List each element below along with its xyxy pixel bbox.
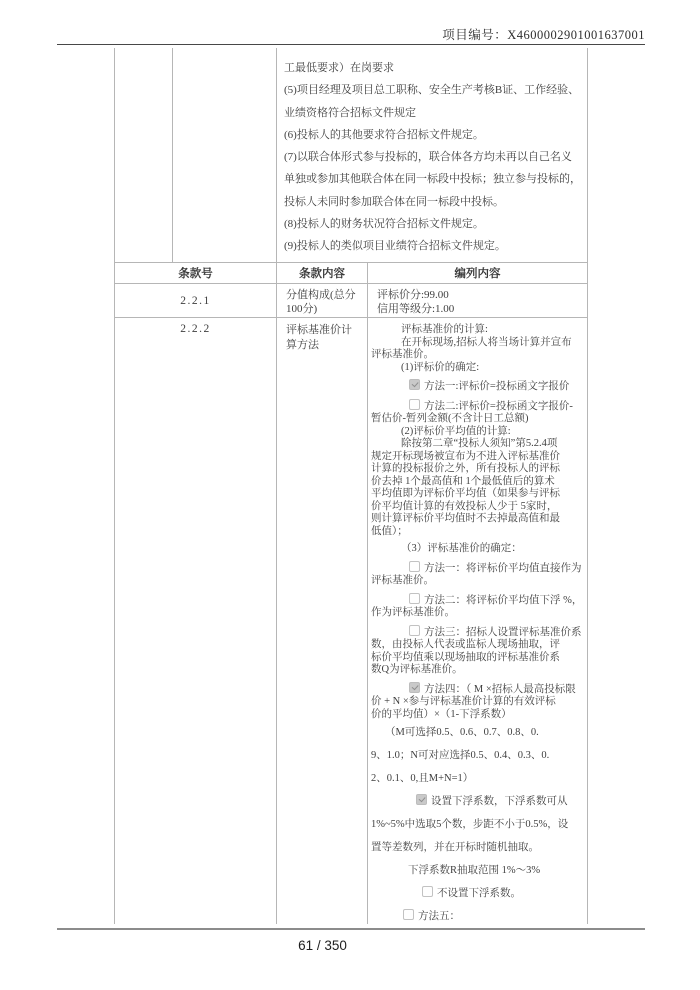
content-line: 方法三：招标人设置评标基准价系 bbox=[371, 625, 582, 640]
content-line: 价的平均值）×（1-下浮系数） bbox=[371, 709, 582, 722]
checkbox-unchecked-icon bbox=[409, 593, 420, 604]
listed-content-222: 评标基准价的计算:在开标现场,招标人将当场计算并宣布评标基准价。(1)评标价的确… bbox=[368, 318, 588, 924]
document-page: 项目编号：X4600002901001637001 工最低要求）在岗要求(5)项… bbox=[0, 0, 700, 990]
content-line: 方法二:评标价=投标函文字报价- bbox=[371, 399, 582, 414]
continuation-line: 单独或参加其他联合体在同一标段中投标；独立参与投标的， bbox=[284, 168, 583, 190]
line-text: 9、1.0；N可对应选择0.5、0.4、0.3、0. bbox=[371, 750, 549, 761]
content-line: 除按第二章“投标人须知”第5.2.4项 bbox=[371, 438, 582, 451]
line-text: 2、0.1、0,且M+N=1） bbox=[371, 773, 473, 784]
content-line: 暂估价-暂列金额(不含计日工总额) bbox=[371, 413, 582, 426]
line-text: 规定开标现场被宣布为不进入评标基准价 bbox=[371, 451, 560, 462]
content-line: 价去掉 1个最高值和 1个最低值后的算术 bbox=[371, 476, 582, 489]
checkbox-checked-icon bbox=[416, 794, 427, 805]
checkbox-unchecked-icon bbox=[409, 561, 420, 572]
clause-row-221: 2.2.1 分值构成(总分 100分) 评标价分:99.00 信用等级分:1.0… bbox=[114, 284, 588, 318]
continuation-line: 业绩资格符合招标文件规定 bbox=[284, 102, 583, 124]
checkbox-unchecked-icon bbox=[422, 886, 433, 897]
continuation-line: (6)投标人的其他要求符合招标文件规定。 bbox=[284, 124, 583, 146]
line-text: 计算的投标报价之外，所有投标人的评标 bbox=[371, 463, 560, 474]
continuation-line: (5)项目经理及项目总工职称、安全生产考核B证、工作经验、 bbox=[284, 79, 583, 101]
line-text: 价 + N ×参与评标基准价计算的有效评标 bbox=[371, 696, 556, 707]
line-text: 作为评标基准价。 bbox=[371, 607, 455, 618]
content-line: 9、1.0；N可对应选择0.5、0.4、0.3、0. bbox=[371, 744, 582, 767]
project-number: X4600002901001637001 bbox=[507, 28, 645, 42]
document-table: 工最低要求）在岗要求(5)项目经理及项目总工职称、安全生产考核B证、工作经验、业… bbox=[114, 48, 588, 924]
line-text: (1)评标价的确定: bbox=[401, 362, 479, 373]
line-text: 评标基准价。 bbox=[371, 349, 434, 360]
line-text: 数，由投标人代表或监标人现场抽取，评 bbox=[371, 639, 560, 650]
line-text: 方法四：（ M ×招标人最高投标限 bbox=[424, 684, 576, 695]
line-text: 价的平均值）×（1-下浮系数） bbox=[371, 709, 512, 720]
checkbox-unchecked-icon bbox=[409, 399, 420, 410]
line-text: 方法五： bbox=[418, 911, 460, 922]
checkbox-checked-icon bbox=[409, 379, 420, 390]
content-line: 计算的投标报价之外，所有投标人的评标 bbox=[371, 463, 582, 476]
table-header-row: 条款号 条款内容 编列内容 bbox=[114, 262, 588, 284]
content-line: 不设置下浮系数。 bbox=[371, 882, 582, 905]
content-line: 评标基准价的计算: bbox=[371, 324, 582, 337]
column-header-clause-content: 条款内容 bbox=[277, 263, 368, 283]
content-line: 评标基准价。 bbox=[371, 575, 582, 588]
continuation-row: 工最低要求）在岗要求(5)项目经理及项目总工职称、安全生产考核B证、工作经验、业… bbox=[114, 48, 588, 262]
line-text: 方法二:评标价=投标函文字报价- bbox=[424, 401, 573, 412]
continuation-cell-empty-1 bbox=[115, 48, 173, 262]
content-line: 2、0.1、0,且M+N=1） bbox=[371, 767, 582, 790]
content-line: 价平均值计算的有效投标人少于 5家时， bbox=[371, 501, 582, 514]
content-line: 方法一:评标价=投标函文字报价 bbox=[371, 379, 582, 394]
checkbox-checked-icon bbox=[409, 682, 420, 693]
footer-rule bbox=[57, 928, 645, 930]
line-text: 暂估价-暂列金额(不含计日工总额) bbox=[371, 413, 529, 424]
listed-content-221: 评标价分:99.00 信用等级分:1.00 bbox=[368, 284, 588, 317]
content-line: 方法二：将评标价平均值下浮 %， bbox=[371, 593, 582, 608]
line-text: 标价平均值乘以现场抽取的评标基准价系 bbox=[371, 652, 560, 663]
clause-content-line: 评标基准价计 bbox=[286, 323, 363, 338]
page-header: 项目编号：X4600002901001637001 bbox=[0, 25, 645, 43]
content-line: 下浮系数R抽取范围 1%～3% bbox=[371, 859, 582, 882]
line-text: 评标基准价的计算: bbox=[401, 324, 488, 335]
line-text: 数Q为评标基准价。 bbox=[371, 664, 463, 675]
continuation-text-cell: 工最低要求）在岗要求(5)项目经理及项目总工职称、安全生产考核B证、工作经验、业… bbox=[277, 48, 588, 262]
column-header-listed-content: 编列内容 bbox=[368, 263, 588, 283]
content-line: 标价平均值乘以现场抽取的评标基准价系 bbox=[371, 652, 582, 665]
line-text: （3）评标基准价的确定： bbox=[401, 543, 522, 554]
content-line: 规定开标现场被宣布为不进入评标基准价 bbox=[371, 451, 582, 464]
column-header-clause-no: 条款号 bbox=[115, 263, 277, 283]
content-line: 设置下浮系数，下浮系数可从 bbox=[371, 790, 582, 813]
content-line: 作为评标基准价。 bbox=[371, 607, 582, 620]
line-text: (2)评标价平均值的计算: bbox=[401, 426, 511, 437]
line-text: 价平均值计算的有效投标人少于 5家时， bbox=[371, 501, 557, 512]
score-line: 评标价分:99.00 bbox=[377, 288, 583, 302]
content-line: 在开标现场,招标人将当场计算并宣布 bbox=[371, 337, 582, 350]
clause-content-line: 100分) bbox=[286, 302, 363, 316]
clause-content-line: 算方法 bbox=[286, 338, 363, 353]
line-text: 除按第二章“投标人须知”第5.2.4项 bbox=[401, 438, 557, 449]
score-line: 信用等级分:1.00 bbox=[377, 302, 583, 316]
content-line: (1)评标价的确定: bbox=[371, 362, 582, 375]
continuation-line: (7)以联合体形式参与投标的，联合体各方均未再以自己名义 bbox=[284, 146, 583, 168]
line-text: （M可选择0.5、0.6、0.7、0.8、0. bbox=[385, 727, 539, 738]
content-line: 评标基准价。 bbox=[371, 349, 582, 362]
clause-content-222: 评标基准价计 算方法 bbox=[277, 318, 368, 924]
line-text: 不设置下浮系数。 bbox=[437, 888, 521, 899]
line-text: 置等差数列，并在开标时随机抽取。 bbox=[371, 842, 539, 853]
content-line: （M可选择0.5、0.6、0.7、0.8、0. bbox=[371, 721, 582, 744]
content-line: 数Q为评标基准价。 bbox=[371, 664, 582, 677]
clause-content-line: 分值构成(总分 bbox=[286, 288, 363, 302]
continuation-line: 工最低要求）在岗要求 bbox=[284, 57, 583, 79]
clause-no-221: 2.2.1 bbox=[115, 284, 277, 317]
header-rule bbox=[57, 44, 645, 45]
line-text: 方法一:评标价=投标函文字报价 bbox=[424, 381, 569, 392]
content-line: 价 + N ×参与评标基准价计算的有效评标 bbox=[371, 696, 582, 709]
content-line: 方法四：（ M ×招标人最高投标限 bbox=[371, 682, 582, 697]
content-line: （3）评标基准价的确定： bbox=[371, 543, 582, 556]
line-text: 方法一：将评标价平均值直接作为 bbox=[424, 563, 582, 574]
content-line: 平均值即为评标价平均值（如果参与评标 bbox=[371, 488, 582, 501]
content-line: 数，由投标人代表或监标人现场抽取，评 bbox=[371, 639, 582, 652]
line-text: 则计算评标价平均值时不去掉最高值和最 bbox=[371, 513, 560, 524]
content-line: 1%~5%中选取5个数，步距不小于0.5%，设 bbox=[371, 813, 582, 836]
clause-content-221: 分值构成(总分 100分) bbox=[277, 284, 368, 317]
content-line: (2)评标价平均值的计算: bbox=[371, 426, 582, 439]
content-line: 方法一：将评标价平均值直接作为 bbox=[371, 561, 582, 576]
page-number: 61 / 350 bbox=[0, 938, 645, 953]
continuation-line: (8)投标人的财务状况符合招标文件规定。 bbox=[284, 213, 583, 235]
line-text: 评标基准价。 bbox=[371, 575, 434, 586]
checkbox-unchecked-icon bbox=[409, 625, 420, 636]
checkbox-unchecked-icon bbox=[403, 909, 414, 920]
clause-no-222: 2.2.2 bbox=[115, 318, 277, 924]
continuation-cell-empty-2 bbox=[173, 48, 277, 262]
line-text: 设置下浮系数，下浮系数可从 bbox=[431, 796, 568, 807]
line-text: 方法二：将评标价平均值下浮 %， bbox=[424, 595, 582, 606]
continuation-line: 投标人未同时参加联合体在同一标段中投标。 bbox=[284, 191, 583, 213]
content-line: 则计算评标价平均值时不去掉最高值和最 bbox=[371, 513, 582, 526]
line-text: 方法三：招标人设置评标基准价系 bbox=[424, 627, 582, 638]
continuation-line: (9)投标人的类似项目业绩符合招标文件规定。 bbox=[284, 235, 583, 257]
line-text: 1%~5%中选取5个数，步距不小于0.5%，设 bbox=[371, 819, 568, 830]
project-number-label: 项目编号： bbox=[442, 28, 507, 42]
line-text: 下浮系数R抽取范围 1%～3% bbox=[408, 865, 540, 876]
content-line: 置等差数列，并在开标时随机抽取。 bbox=[371, 836, 582, 859]
line-text: 低值）； bbox=[371, 526, 408, 537]
content-line: 方法五： bbox=[371, 905, 582, 924]
content-line: 低值）； bbox=[371, 526, 582, 539]
line-text: 在开标现场,招标人将当场计算并宣布 bbox=[401, 337, 572, 348]
line-text: 平均值即为评标价平均值（如果参与评标 bbox=[371, 488, 560, 499]
line-text: 价去掉 1个最高值和 1个最低值后的算术 bbox=[371, 476, 555, 487]
clause-row-222: 2.2.2 评标基准价计 算方法 评标基准价的计算:在开标现场,招标人将当场计算… bbox=[114, 318, 588, 924]
